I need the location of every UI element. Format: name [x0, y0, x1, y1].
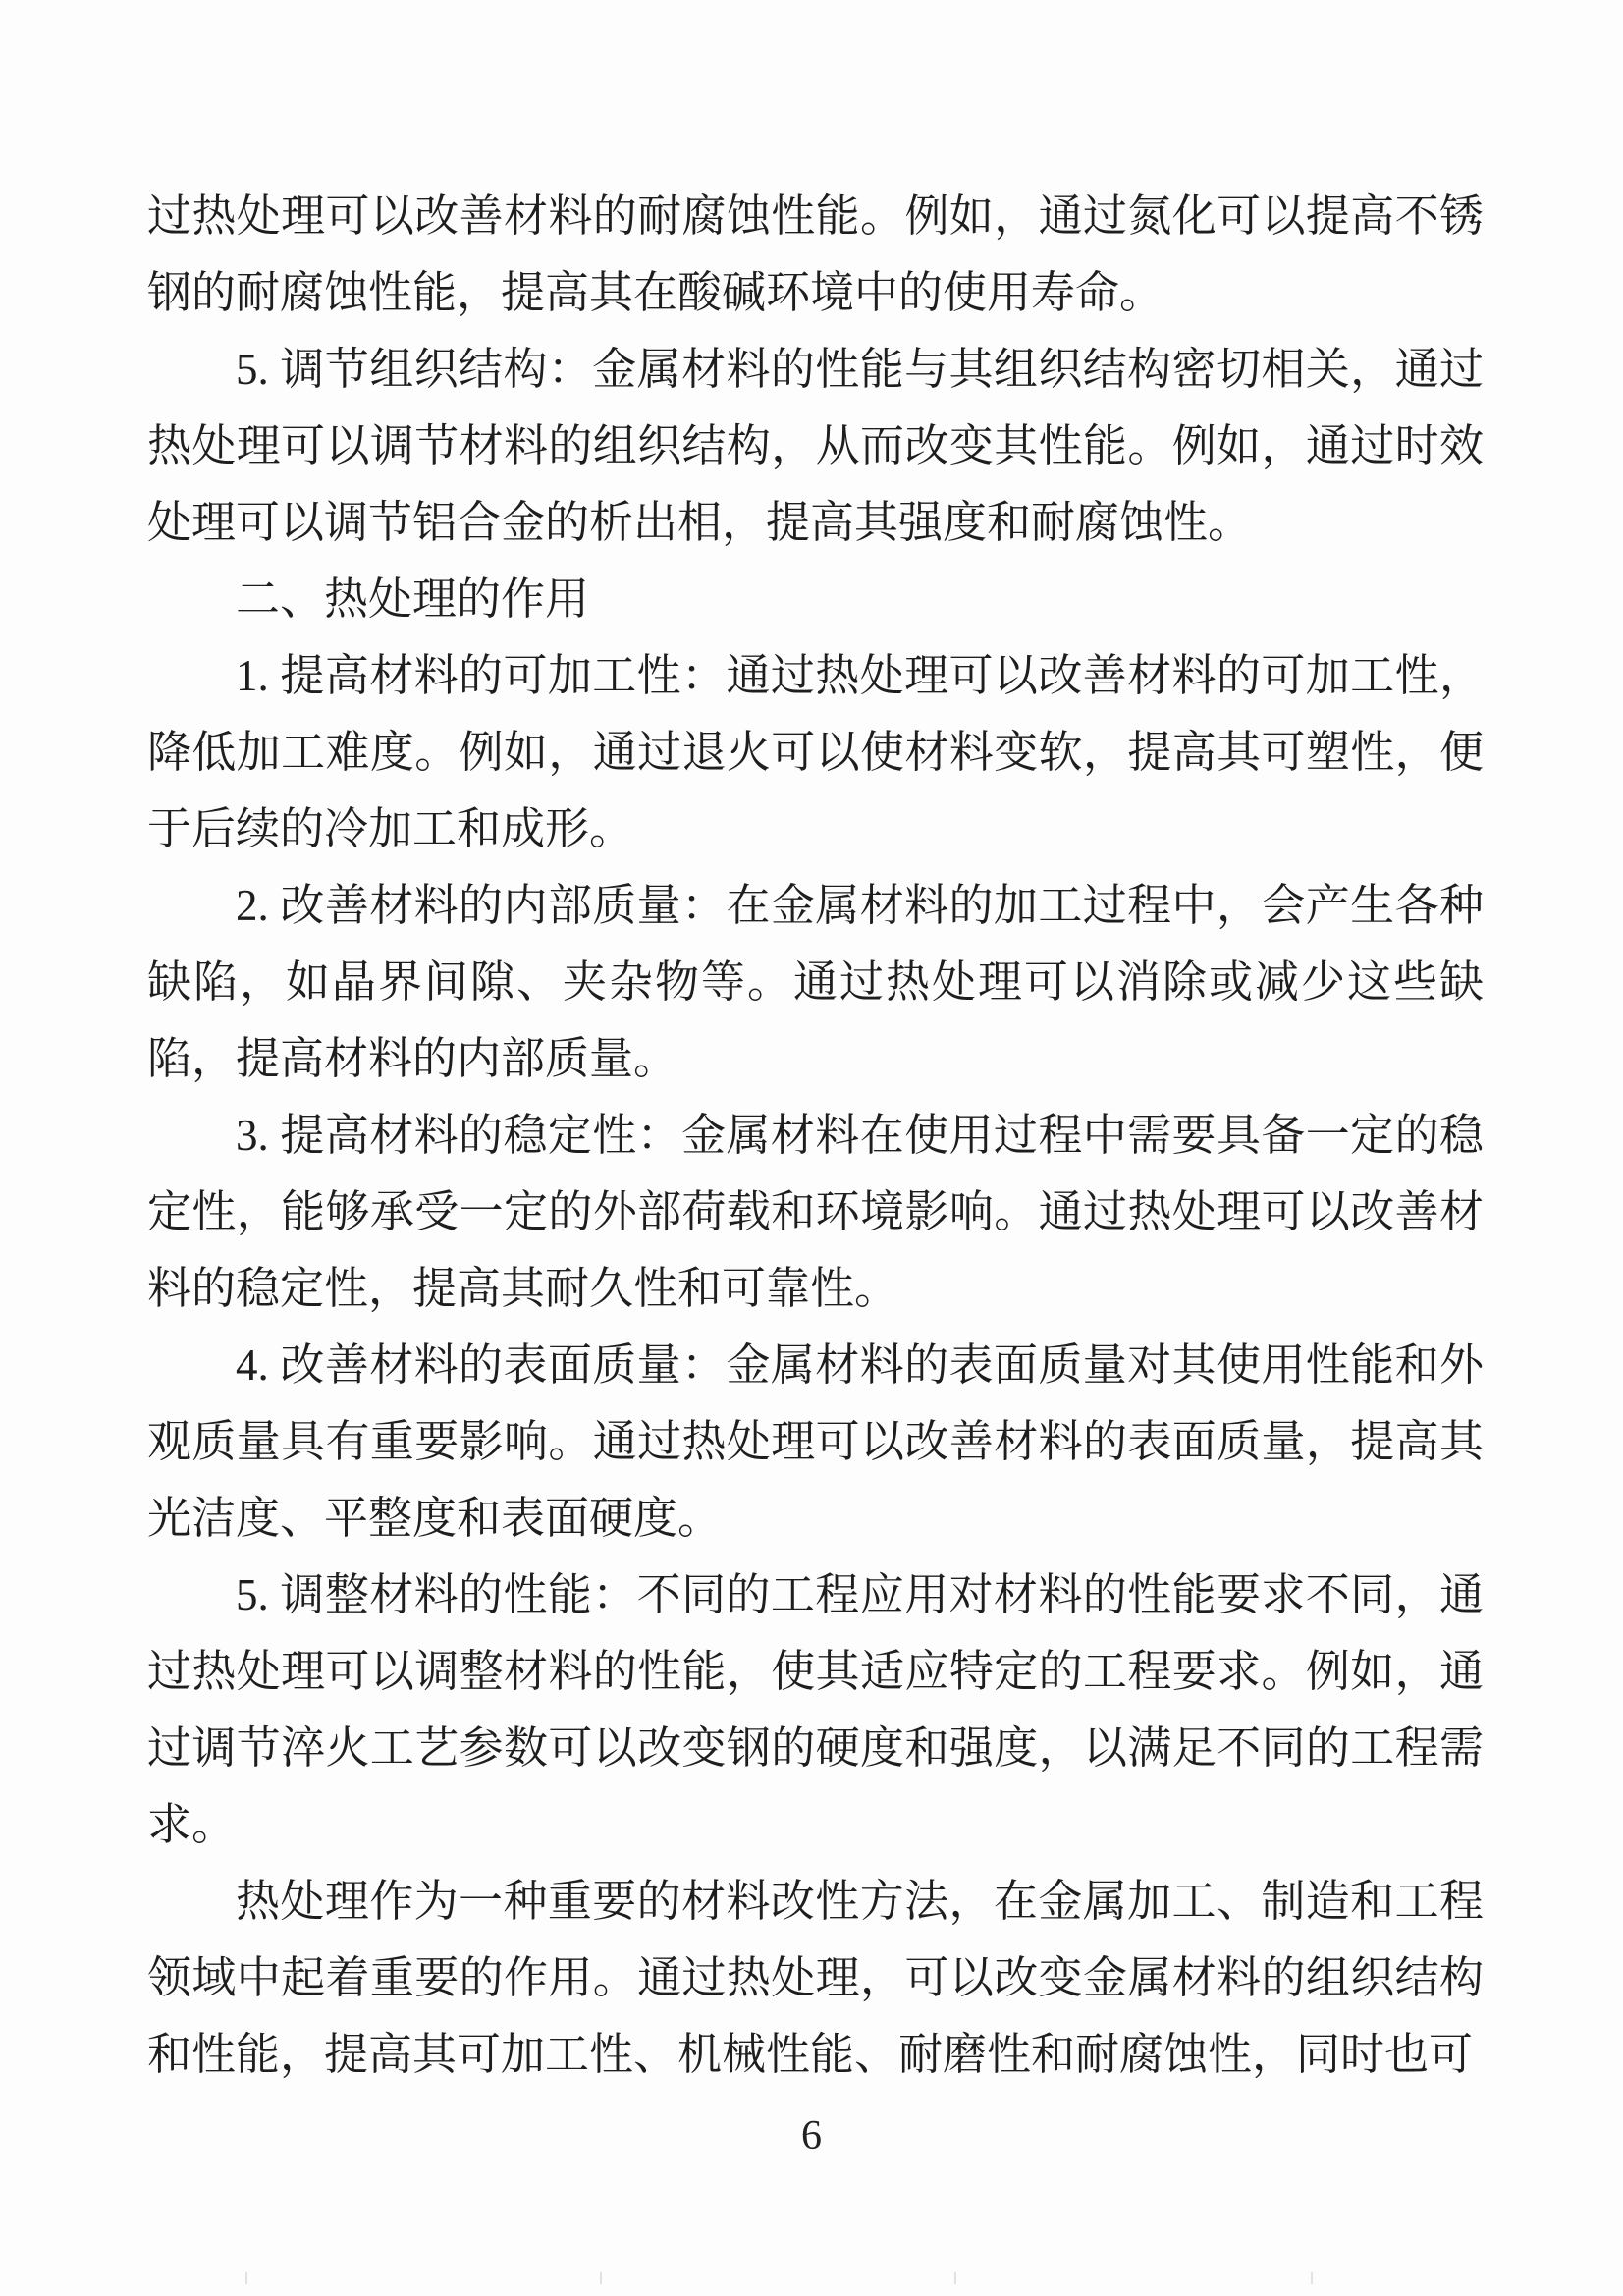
paragraph: 5. 调整材料的性能：不同的工程应用对材料的性能要求不同，通过热处理可以调整材料… — [147, 1557, 1484, 1863]
paragraph: 3. 提高材料的稳定性：金属材料在使用过程中需要具备一定的稳定性，能够承受一定的… — [147, 1097, 1484, 1327]
scan-artifact-tick — [245, 2272, 247, 2284]
page-number: 6 — [0, 2098, 1623, 2174]
paragraph: 2. 改善材料的内部质量：在金属材料的加工过程中，会产生各种缺陷，如晶界间隙、夹… — [147, 867, 1484, 1097]
document-body: 过热处理可以改善材料的耐腐蚀性能。例如，通过氮化可以提高不锈钢的耐腐蚀性能，提高… — [147, 178, 1484, 2093]
scan-artifact-tick — [600, 2272, 602, 2284]
paragraph: 5. 调节组织结构：金属材料的性能与其组织结构密切相关，通过热处理可以调节材料的… — [147, 331, 1484, 561]
scan-artifact-tick — [954, 2272, 956, 2284]
paragraph: 4. 改善材料的表面质量：金属材料的表面质量对其使用性能和外观质量具有重要影响。… — [147, 1327, 1484, 1557]
scan-artifact-tick — [1311, 2272, 1313, 2284]
paragraph: 热处理作为一种重要的材料改性方法，在金属加工、制造和工程领域中起着重要的作用。通… — [147, 1863, 1484, 2093]
scanned-document-page: 过热处理可以改善材料的耐腐蚀性能。例如，通过氮化可以提高不锈钢的耐腐蚀性能，提高… — [0, 0, 1623, 2296]
paragraph: 1. 提高材料的可加工性：通过热处理可以改善材料的可加工性，降低加工难度。例如，… — [147, 637, 1484, 867]
paragraph: 过热处理可以改善材料的耐腐蚀性能。例如，通过氮化可以提高不锈钢的耐腐蚀性能，提高… — [147, 178, 1484, 331]
section-heading: 二、热处理的作用 — [147, 561, 1484, 637]
